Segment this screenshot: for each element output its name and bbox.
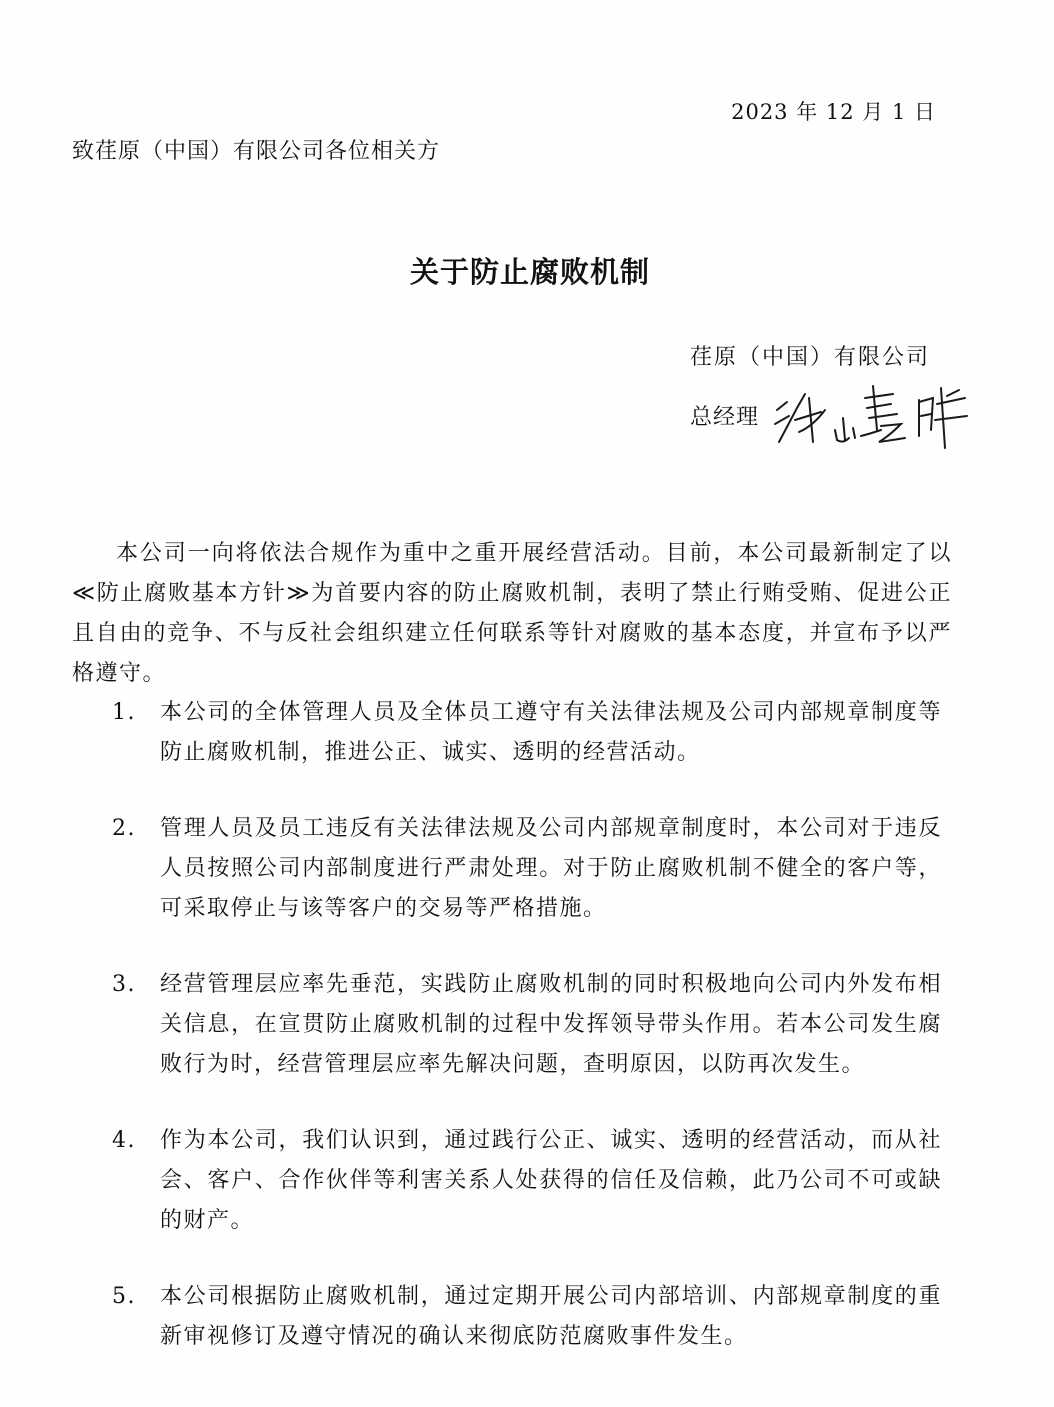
document-date: 2023 年 12 月 1 日 bbox=[731, 96, 936, 126]
item-number: 2. bbox=[112, 809, 160, 929]
document-page: 2023 年 12 月 1 日 致荏原（中国）有限公司各位相关方 关于防止腐败机… bbox=[0, 0, 1054, 1407]
item-text: 作为本公司，我们认识到，通过践行公正、诚实、透明的经营活动，而从社会、客户、合作… bbox=[160, 1121, 942, 1241]
intro-paragraph: 本公司一向将依法合规作为重中之重开展经营活动。目前，本公司最新制定了以≪防止腐败… bbox=[72, 534, 952, 694]
item-number: 1. bbox=[112, 693, 160, 773]
list-item: 3. 经营管理层应率先垂范，实践防止腐败机制的同时积极地向公司内外发布相关信息，… bbox=[112, 965, 942, 1085]
issuer-company: 荏原（中国）有限公司 bbox=[690, 340, 930, 371]
item-number: 4. bbox=[112, 1121, 160, 1241]
list-item: 2. 管理人员及员工违反有关法律法规及公司内部规章制度时，本公司对于违反人员按照… bbox=[112, 809, 942, 929]
item-text: 本公司根据防止腐败机制，通过定期开展公司内部培训、内部规章制度的重新审视修订及遵… bbox=[160, 1277, 942, 1357]
document-title: 关于防止腐败机制 bbox=[0, 250, 1054, 291]
signature-row: 总经理 bbox=[690, 385, 989, 445]
position-label: 总经理 bbox=[690, 400, 759, 431]
item-text: 本公司的全体管理人员及全体员工遵守有关法律法规及公司内部规章制度等防止腐败机制，… bbox=[160, 693, 942, 773]
item-number: 3. bbox=[112, 965, 160, 1085]
signature-icon bbox=[769, 380, 989, 450]
list-item: 1. 本公司的全体管理人员及全体员工遵守有关法律法规及公司内部规章制度等防止腐败… bbox=[112, 693, 942, 773]
addressee: 致荏原（中国）有限公司各位相关方 bbox=[72, 134, 440, 165]
list-item: 4. 作为本公司，我们认识到，通过践行公正、诚实、透明的经营活动，而从社会、客户… bbox=[112, 1121, 942, 1241]
list-item: 5. 本公司根据防止腐败机制，通过定期开展公司内部培训、内部规章制度的重新审视修… bbox=[112, 1277, 942, 1357]
item-number: 5. bbox=[112, 1277, 160, 1357]
policy-list: 1. 本公司的全体管理人员及全体员工遵守有关法律法规及公司内部规章制度等防止腐败… bbox=[112, 693, 942, 1393]
item-text: 管理人员及员工违反有关法律法规及公司内部规章制度时，本公司对于违反人员按照公司内… bbox=[160, 809, 942, 929]
item-text: 经营管理层应率先垂范，实践防止腐败机制的同时积极地向公司内外发布相关信息，在宣贯… bbox=[160, 965, 942, 1085]
